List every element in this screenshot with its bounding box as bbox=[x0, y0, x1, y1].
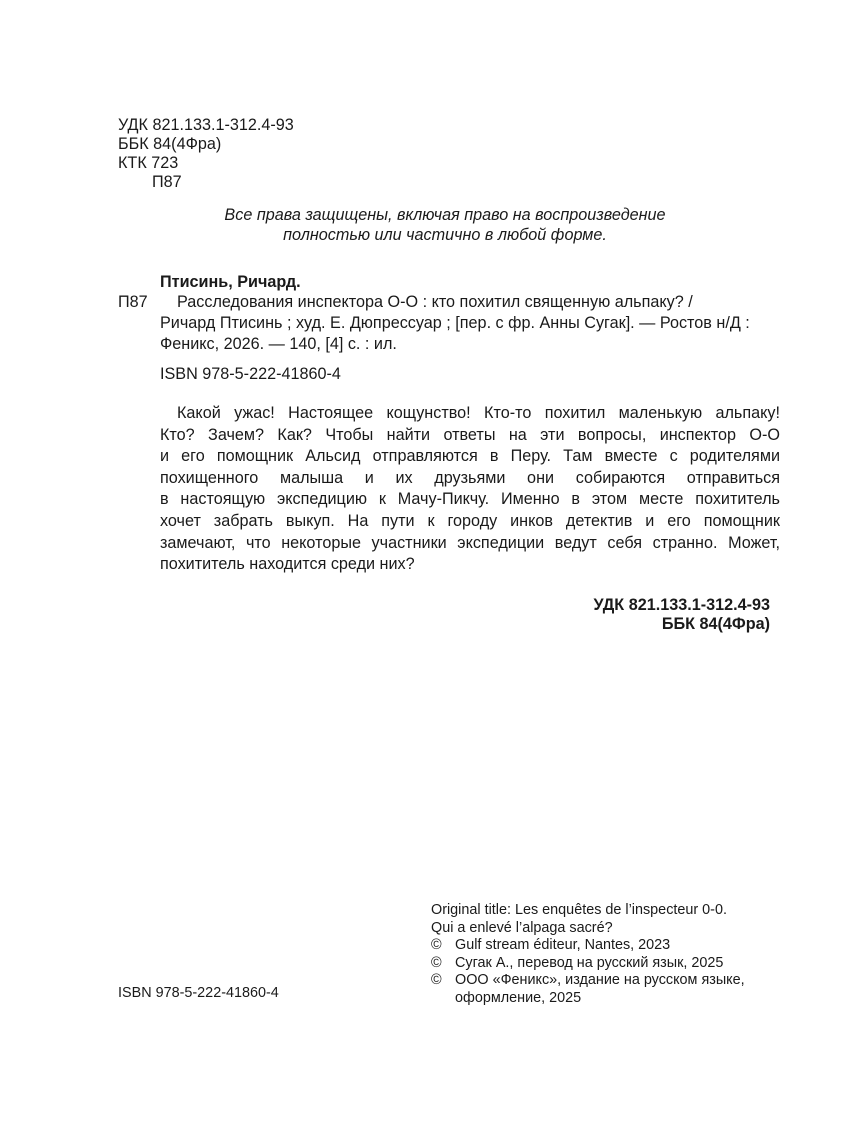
copyright-entry: ©Сугак А., перевод на русский язык, 2025 bbox=[431, 955, 745, 973]
copyright-text: Сугак А., перевод на русский язык, 2025 bbox=[455, 955, 723, 971]
udk-code-right: УДК 821.133.1-312.4-93 bbox=[594, 596, 770, 615]
bibliographic-description: Расследования инспектора О-О : кто похит… bbox=[160, 292, 780, 355]
copyright-text: Gulf stream éditeur, Nantes, 2023 bbox=[455, 937, 670, 953]
annotation-line: Какой ужас! Настоящее кощунство! Кто-то … bbox=[160, 403, 780, 425]
rights-notice: Все права защищены, включая право на вос… bbox=[200, 205, 690, 245]
annotation-line: в настоящую экспедицию к Мачу-Пикчу. Име… bbox=[160, 489, 780, 511]
bbk-code-right: ББК 84(4Фра) bbox=[594, 615, 770, 634]
copyright-text: ООО «Феникс», издание на русском языке, bbox=[455, 972, 745, 988]
copyright-block: Original title: Les enquêtes de l’inspec… bbox=[431, 902, 745, 1007]
original-title-line-2: Qui a enlevé l’alpaga sacré? bbox=[431, 920, 745, 938]
classification-block: УДК 821.133.1-312.4-93 ББК 84(4Фра) КТК … bbox=[118, 116, 294, 192]
biblio-line: Ричард Птисинь ; худ. Е. Дюпрессуар ; [п… bbox=[160, 313, 780, 334]
biblio-line: Расследования инспектора О-О : кто похит… bbox=[160, 292, 780, 313]
bbk-code: ББК 84(4Фра) bbox=[118, 135, 294, 154]
biblio-author-mark: П87 bbox=[118, 292, 148, 312]
copyright-icon: © bbox=[431, 955, 455, 973]
rights-line-2: полностью или частично в любой форме. bbox=[200, 225, 690, 245]
original-title-line-1: Original title: Les enquêtes de l’inspec… bbox=[431, 902, 745, 920]
copyright-icon: © bbox=[431, 972, 455, 990]
annotation-line: похититель находится среди них? bbox=[160, 554, 780, 576]
annotation-line: хочет забрать выкуп. На пути к городу ин… bbox=[160, 511, 780, 533]
annotation-line: и его помощник Альсид отправляются в Пер… bbox=[160, 446, 780, 468]
annotation: Какой ужас! Настоящее кощунство! Кто-то … bbox=[160, 403, 780, 576]
isbn-bottom: ISBN 978-5-222-41860-4 bbox=[118, 985, 279, 1002]
copyright-entry: ©ООО «Феникс», издание на русском языке, bbox=[431, 972, 745, 990]
rights-line-1: Все права защищены, включая право на вос… bbox=[200, 205, 690, 225]
ktk-code: КТК 723 bbox=[118, 154, 294, 173]
annotation-line: замечают, что некоторые участники экспед… bbox=[160, 533, 780, 555]
isbn: ISBN 978-5-222-41860-4 bbox=[160, 364, 341, 384]
annotation-line: похищенного малыша и их друзьями они соб… bbox=[160, 468, 780, 490]
copyright-text-continuation: оформление, 2025 bbox=[431, 990, 745, 1008]
copyright-icon: © bbox=[431, 937, 455, 955]
copyright-entry: ©Gulf stream éditeur, Nantes, 2023 bbox=[431, 937, 745, 955]
author-mark: П87 bbox=[118, 173, 294, 192]
annotation-line: Кто? Зачем? Как? Чтобы найти ответы на э… bbox=[160, 425, 780, 447]
udk-code: УДК 821.133.1-312.4-93 bbox=[118, 116, 294, 135]
classification-right: УДК 821.133.1-312.4-93 ББК 84(4Фра) bbox=[594, 596, 770, 634]
copyright-page: УДК 821.133.1-312.4-93 ББК 84(4Фра) КТК … bbox=[0, 0, 856, 1122]
author-heading: Птисинь, Ричард. bbox=[160, 272, 301, 292]
biblio-line: Феникс, 2026. — 140, [4] с. : ил. bbox=[160, 334, 780, 355]
